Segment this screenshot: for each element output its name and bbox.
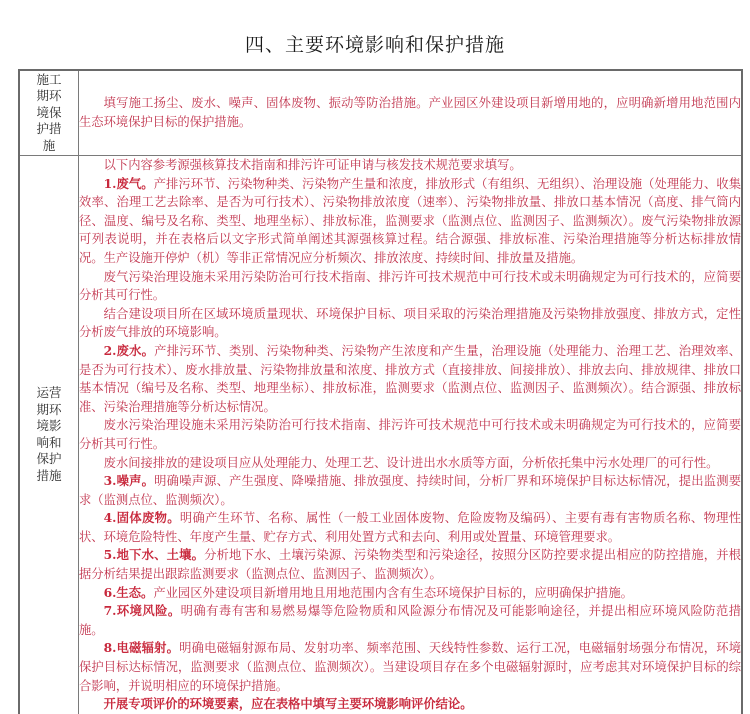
label-line: 施 — [20, 138, 78, 155]
section-heading: 5.地下水、土壤。 — [104, 547, 204, 562]
label-line: 运营 — [20, 385, 78, 402]
row-content-construction: 填写施工扬尘、废水、噪声、固体废物、振动等防治措施。产业园区外建设项目新增用地的… — [79, 70, 743, 156]
paragraph: 填写施工扬尘、废水、噪声、固体废物、振动等防治措施。产业园区外建设项目新增用地的… — [79, 94, 741, 131]
measures-table: 施工 期环 境保 护措 施 填写施工扬尘、废水、噪声、固体废物、振动等防治措施。… — [18, 69, 743, 714]
section-heading: 3.噪声。 — [104, 473, 155, 488]
paragraph-text: 产业园区外建设项目新增用地且用地范围内含有生态环境保护目标的，应明确保护措施。 — [153, 586, 633, 600]
paragraph-noise: 3.噪声。明确噪声源、产生强度、降噪措施、排放强度、持续时间，分析厂界和环境保护… — [79, 472, 741, 509]
row-content-operation: 以下内容参考源强核算技术指南和排污许可证申请与核发技术规范要求填写。 1.废气。… — [79, 156, 743, 714]
paragraph-text: 产排污环节、类别、污染物种类、污染物产生浓度和产生量，治理设施（处理能力、治理工… — [79, 344, 741, 414]
section-heading: 6.生态。 — [104, 585, 154, 600]
paragraph-text: 产排污环节、污染物种类、污染物产生量和浓度，排放形式（有组织、无组织）、治理设施… — [79, 177, 741, 265]
paragraph-ecology: 6.生态。产业园区外建设项目新增用地且用地范围内含有生态环境保护目标的，应明确保… — [79, 584, 741, 603]
label-line: 措施 — [20, 468, 78, 485]
paragraph-text: 废气污染治理设施未采用污染防治可行技术指南、排污许可技术规范中可行技术或未明确规… — [79, 270, 741, 303]
paragraph-environmental-risk: 7.环境风险。明确有毒有害和易燃易爆等危险物质和风险源分布情况及可能影响途径，并… — [79, 602, 741, 639]
final-note: 开展专项评价的环境要素，应在表格中填写主要环境影响评价结论。 — [79, 695, 741, 714]
paragraph-electromagnetic-radiation: 8.电磁辐射。明确电磁辐射源布局、发射功率、频率范围、天线特性参数、运行工况，电… — [79, 639, 741, 695]
paragraph-text: 废水间接排放的建设项目应从处理能力、处理工艺、设计进出水水质等方面，分析依托集中… — [104, 456, 719, 470]
paragraph-text: 明确电磁辐射源布局、发射功率、频率范围、天线特性参数、运行工况，电磁辐射场强分布… — [79, 641, 741, 692]
label-line: 保护 — [20, 451, 78, 468]
paragraph-text: 废水污染治理设施未采用污染防治可行技术指南、排污许可技术规范中可行技术或未明确规… — [79, 418, 741, 451]
label-line: 境保 — [20, 105, 78, 122]
row-label-construction: 施工 期环 境保 护措 施 — [19, 70, 79, 156]
paragraph-solid-waste: 4.固体废物。明确产生环节、名称、属性（一般工业固体废物、危险废物及编码）、主要… — [79, 509, 741, 546]
section-heading: 7.环境风险。 — [104, 603, 181, 618]
paragraph: 废水污染治理设施未采用污染防治可行技术指南、排污许可技术规范中可行技术或未明确规… — [79, 416, 741, 453]
paragraph: 结合建设项目所在区域环境质量现状、环境保护目标、项目采取的污染治理措施及污染物排… — [79, 305, 741, 342]
paragraph-text: 结合建设项目所在区域环境质量现状、环境保护目标、项目采取的污染治理措施及污染物排… — [79, 307, 741, 340]
paragraph: 废水间接排放的建设项目应从处理能力、处理工艺、设计进出水水质等方面，分析依托集中… — [79, 454, 741, 473]
paragraph-wastewater: 2.废水。产排污环节、类别、污染物种类、污染物产生浓度和产生量，治理设施（处理能… — [79, 342, 741, 416]
label-line: 响和 — [20, 435, 78, 452]
row-label-operation: 运营 期环 境影 响和 保护 措施 — [19, 156, 79, 714]
section-heading: 1.废气。 — [104, 176, 154, 191]
label-line: 境影 — [20, 418, 78, 435]
paragraph-text: 以下内容参考源强核算技术指南和排污许可证申请与核发技术规范要求填写。 — [104, 158, 522, 172]
section-heading: 4.固体废物。 — [104, 510, 180, 525]
section-heading: 8.电磁辐射。 — [104, 640, 180, 655]
page-title: 四、主要环境影响和保护措施 — [0, 30, 750, 57]
paragraph-exhaust-gas: 1.废气。产排污环节、污染物种类、污染物产生量和浓度，排放形式（有组织、无组织）… — [79, 175, 741, 268]
label-line: 施工 — [20, 72, 78, 89]
section-heading: 2.废水。 — [104, 343, 155, 358]
paragraph-text: 明确噪声源、产生强度、降噪措施、排放强度、持续时间，分析厂界和环境保护目标达标情… — [79, 474, 741, 507]
paragraph-intro: 以下内容参考源强核算技术指南和排污许可证申请与核发技术规范要求填写。 — [79, 156, 741, 175]
paragraph-groundwater-soil: 5.地下水、土壤。分析地下水、土壤污染源、污染物类型和污染途径，按照分区防控要求… — [79, 546, 741, 583]
paragraph: 废气污染治理设施未采用污染防治可行技术指南、排污许可技术规范中可行技术或未明确规… — [79, 268, 741, 305]
label-line: 护措 — [20, 121, 78, 138]
table-row-operation: 运营 期环 境影 响和 保护 措施 以下内容参考源强核算技术指南和排污许可证申请… — [19, 156, 742, 714]
table-row-construction: 施工 期环 境保 护措 施 填写施工扬尘、废水、噪声、固体废物、振动等防治措施。… — [19, 70, 742, 156]
paragraph-text: 填写施工扬尘、废水、噪声、固体废物、振动等防治措施。产业园区外建设项目新增用地的… — [79, 96, 741, 129]
label-line: 期环 — [20, 88, 78, 105]
label-line: 期环 — [20, 402, 78, 419]
